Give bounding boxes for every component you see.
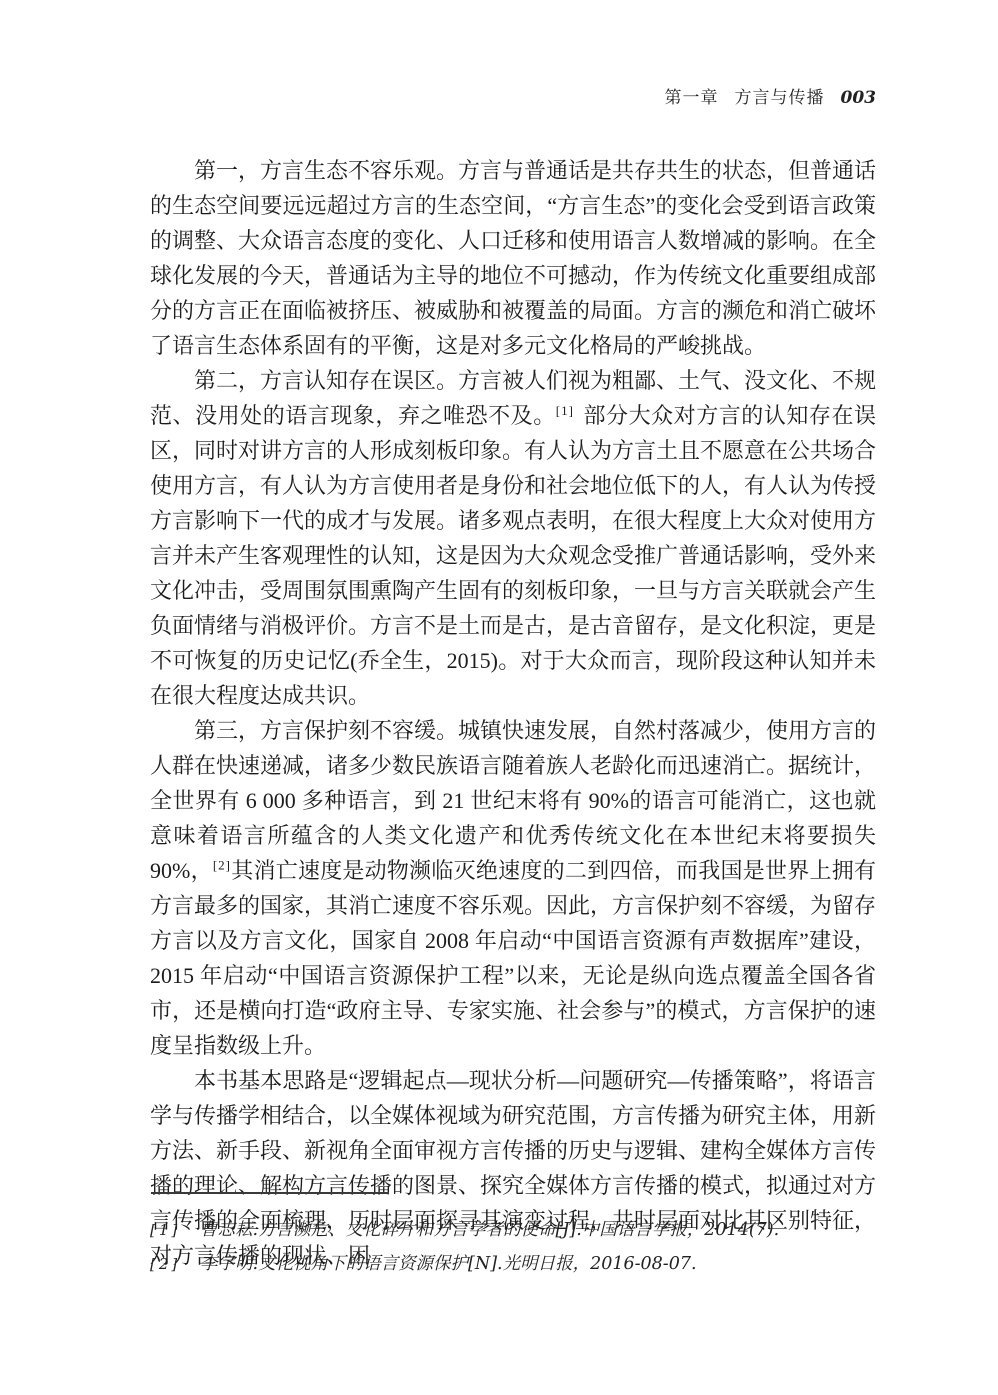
paragraph-3: 第三，方言保护刻不容缓。城镇快速发展，自然村落减少，使用方言的人群在快速递减，诸… [150, 713, 876, 1063]
chapter-label: 第一章 [665, 88, 719, 108]
paragraph-1-text: 第一，方言生态不容乐观。方言与普通话是共存共生的状态，但普通话的生态空间要远远超… [150, 158, 876, 358]
footnote-2-text: 李宇明.文化视角下的语言资源保护[N].光明日报，2016-08-07. [200, 1247, 876, 1281]
paragraph-2-text-b: 部分大众对方言的认知存在误区，同时对讲方言的人形成刻板印象。有人认为方言土且不愿… [150, 403, 876, 708]
footnote-2-marker: [2] [150, 1247, 200, 1281]
paragraph-3-text-b: 其消亡速度是动物濒临灭绝速度的二到四倍，而我国是世界上拥有方言最多的国家，其消亡… [150, 858, 876, 1058]
paragraph-1: 第一，方言生态不容乐观。方言与普通话是共存共生的状态，但普通话的生态空间要远远超… [150, 153, 876, 363]
page-number: 003 [841, 88, 877, 108]
footnote-1-marker: [1] [150, 1213, 200, 1247]
footnote-1: [1] 曹志耘.方言濒危、文化碎片和方言学者的使命[J].中国语言学报，2014… [150, 1213, 876, 1247]
footnote-ref-1: [1] [556, 403, 574, 418]
running-head: 第一章 方言与传播 003 [665, 88, 877, 108]
book-page: 第一章 方言与传播 003 第一，方言生态不容乐观。方言与普通话是共存共生的状态… [0, 0, 998, 1395]
footnote-2: [2] 李宇明.文化视角下的语言资源保护[N].光明日报，2016-08-07. [150, 1247, 876, 1281]
chapter-title: 方言与传播 [735, 88, 825, 108]
footnote-rule [151, 1192, 389, 1194]
footnote-ref-2: [2] [213, 858, 231, 873]
paragraph-2: 第二，方言认知存在误区。方言被人们视为粗鄙、土气、没文化、不规范、没用处的语言现… [150, 363, 876, 713]
footnotes: [1] 曹志耘.方言濒危、文化碎片和方言学者的使命[J].中国语言学报，2014… [150, 1213, 876, 1281]
footnote-1-text: 曹志耘.方言濒危、文化碎片和方言学者的使命[J].中国语言学报，2014(7). [200, 1213, 876, 1247]
body-text: 第一，方言生态不容乐观。方言与普通话是共存共生的状态，但普通话的生态空间要远远超… [150, 153, 876, 1273]
